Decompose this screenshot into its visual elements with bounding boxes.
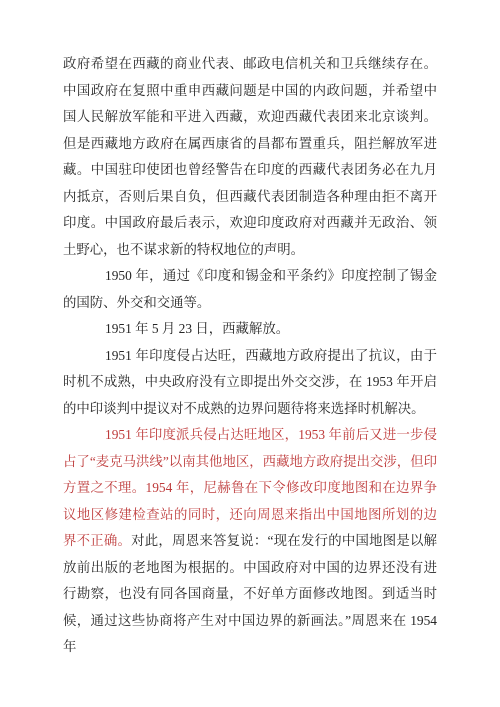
paragraph-text: 1951 年 5 月 23 日，西藏解放。 (105, 321, 289, 336)
paragraph-text: 政府希望在西藏的商业代表、邮政电信机关和卫兵继续存在。中国政府在复照中重申西藏问… (63, 56, 437, 257)
document-page: 政府希望在西藏的商业代表、邮政电信机关和卫兵继续存在。中国政府在复照中重申西藏问… (0, 0, 500, 707)
paragraph-tibet-liberation-1951: 1951 年 5 月 23 日，西藏解放。 (63, 316, 437, 343)
paragraph-mcmahon-line-dispute: 1951 年印度派兵侵占达旺地区，1953 年前后又进一步侵占了“麦克马洪线”以… (63, 422, 437, 661)
paragraph-tibet-negotiations: 政府希望在西藏的商业代表、邮政电信机关和卫兵继续存在。中国政府在复照中重申西藏问… (63, 51, 437, 263)
paragraph-tawang-occupation-1951: 1951 年印度侵占达旺，西藏地方政府提出了抗议，由于时机不成熟，中央政府没有立… (63, 343, 437, 423)
red-highlight-text: 1951 年印度派兵侵占达旺地区，1953 年前后又进一步侵占了“麦克马洪线”以… (63, 427, 437, 548)
paragraph-sikkim-treaty-1950: 1950 年，通过《印度和锡金和平条约》印度控制了锡金的国防、外交和交通等。 (63, 263, 437, 316)
paragraph-text: 对此，周恩来答复说：“现在发行的中国地图是以解放前出版的老地图为根据的。中国政府… (63, 533, 437, 654)
paragraph-text: 1950 年，通过《印度和锡金和平条约》印度控制了锡金的国防、外交和交通等。 (63, 268, 437, 310)
paragraph-text: 1951 年印度侵占达旺，西藏地方政府提出了抗议，由于时机不成熟，中央政府没有立… (63, 348, 437, 416)
